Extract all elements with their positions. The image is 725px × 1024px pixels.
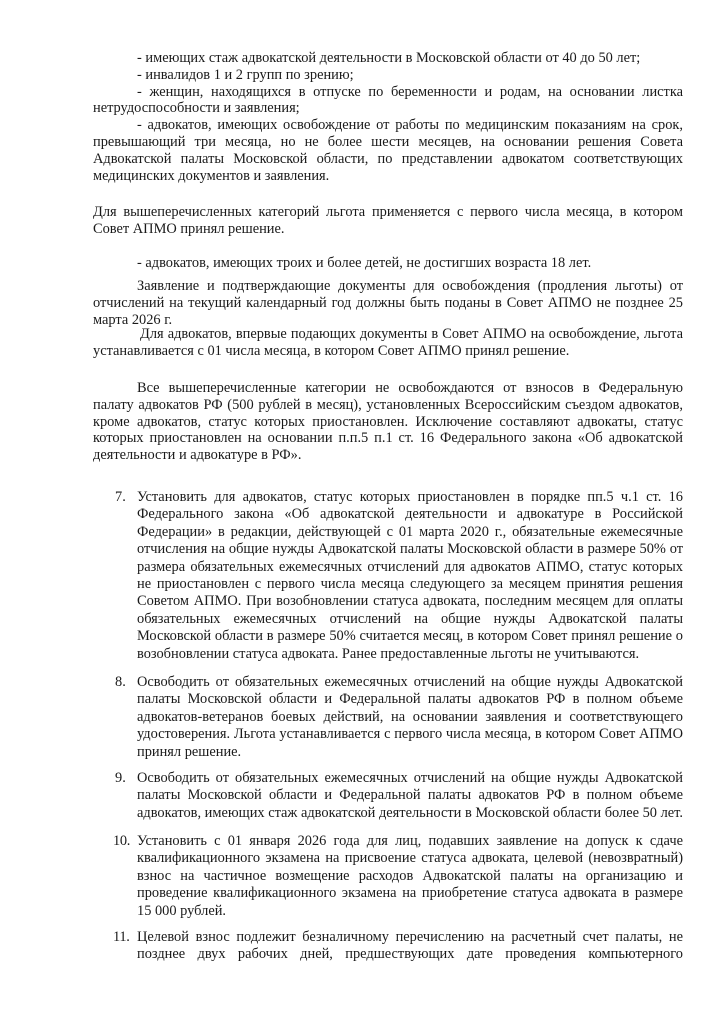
list-item: 11. Целевой взнос подлежит безналичному … [93, 929, 683, 964]
bullet-visually-impaired: - инвалидов 1 и 2 групп по зрению; [93, 67, 683, 84]
list-item: 7. Установить для адвокатов, статус кото… [93, 489, 683, 663]
categories-note: Для вышеперечисленных категорий льгота п… [93, 204, 683, 238]
first-time-paragraph: Для адвокатов, впервые подающих документ… [93, 326, 683, 360]
federal-fees-paragraph: Все вышеперечисленные категории не освоб… [93, 380, 683, 464]
list-item: 10. Установить с 01 января 2026 года для… [93, 833, 683, 920]
numbered-item-7: 7. Установить для адвокатов, статус кото… [93, 489, 683, 663]
exemption-categories-list: - имеющих стаж адвокатской деятельности … [93, 50, 683, 184]
item-number: 10. [113, 833, 130, 850]
children-bullet-block: - адвокатов, имеющих троих и более детей… [93, 255, 683, 272]
federal-fees-block: Все вышеперечисленные категории не освоб… [93, 380, 683, 464]
numbered-item-10: 10. Установить с 01 января 2026 года для… [93, 833, 683, 920]
deadline-block: Заявление и подтверждающие документы для… [93, 278, 683, 328]
bullet-medical-exemption: - адвокатов, имеющих освобождение от раб… [93, 117, 683, 184]
document-page: - имеющих стаж адвокатской деятельности … [0, 0, 725, 1024]
list-item: 8. Освободить от обязательных ежемесячны… [93, 674, 683, 761]
numbered-item-9: 9. Освободить от обязательных ежемесячны… [93, 770, 683, 822]
item-number: 11. [113, 929, 130, 946]
item-number: 9. [115, 770, 126, 787]
deadline-paragraph: Заявление и подтверждающие документы для… [93, 278, 683, 328]
bullet-maternity-leave: - женщин, находящихся в отпуске по берем… [93, 84, 683, 118]
numbered-item-11: 11. Целевой взнос подлежит безналичному … [93, 929, 683, 964]
item-number: 7. [115, 489, 126, 506]
bullet-three-children: - адвокатов, имеющих троих и более детей… [93, 255, 683, 272]
item-number: 8. [115, 674, 126, 691]
categories-note-text: Для вышеперечисленных категорий льгота п… [93, 204, 683, 238]
bullet-experience-40-50: - имеющих стаж адвокатской деятельности … [93, 50, 683, 67]
list-item: 9. Освободить от обязательных ежемесячны… [93, 770, 683, 822]
item-text: Установить с 01 января 2026 года для лиц… [137, 833, 683, 919]
item-text: Освободить от обязательных ежемесячных о… [137, 770, 683, 821]
item-text: Освободить от обязательных ежемесячных о… [137, 674, 683, 760]
item-text: Установить для адвокатов, статус которых… [137, 489, 683, 662]
first-time-block: Для адвокатов, впервые подающих документ… [93, 326, 683, 360]
numbered-item-8: 8. Освободить от обязательных ежемесячны… [93, 674, 683, 761]
item-text: Целевой взнос подлежит безналичному пере… [137, 929, 683, 962]
